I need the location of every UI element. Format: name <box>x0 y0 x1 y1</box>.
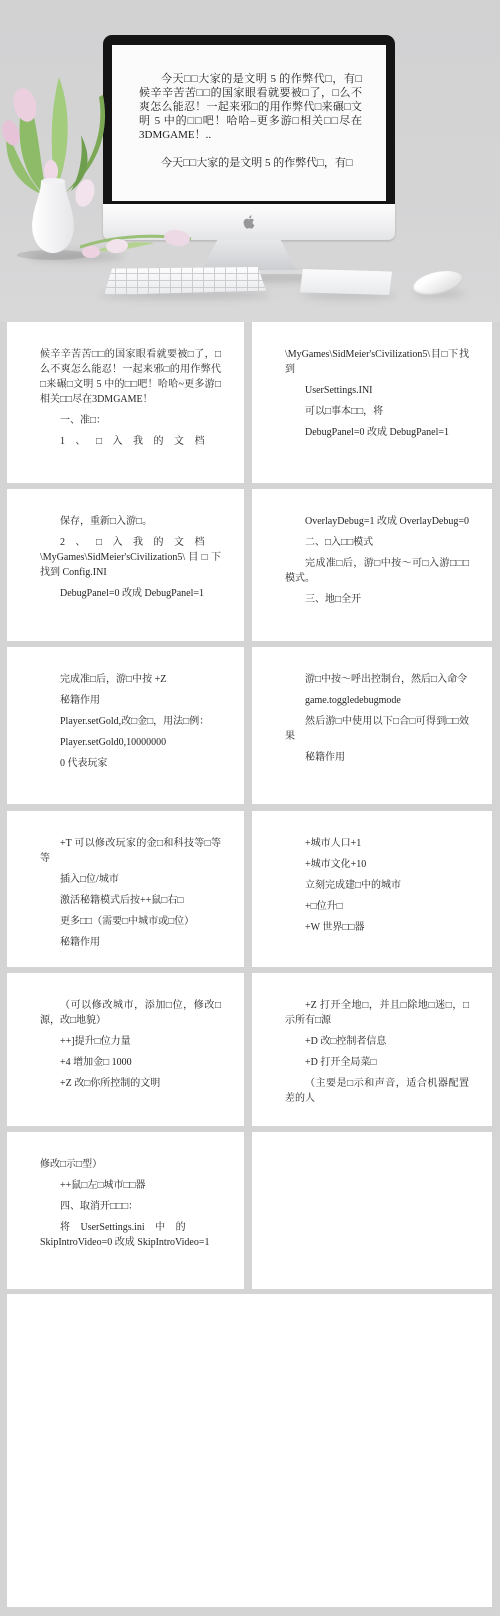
page-row-3: 完成准□后，游□中按 +Z秘籍作用Player.setGold,改□金□，用法□… <box>7 647 492 804</box>
tulip-bloom <box>82 246 100 258</box>
doc-page-2[interactable]: \MyGames\SidMeier'sCivilization5\目□下找到Us… <box>252 322 492 483</box>
imac-stand <box>201 240 297 271</box>
paragraph: 修改□示□型） <box>40 1157 221 1172</box>
paragraph: 1 、 □ 入 我 的 文 档 <box>40 434 221 449</box>
vase-mouth <box>41 178 65 184</box>
leaf <box>65 95 105 193</box>
paragraph: 然后游□中使用以下□合□可得到□□效果 <box>285 714 469 744</box>
doc-page-11[interactable]: 修改□示□型）++鼠□左□城市□□器四、取消开□□□：将 UserSetting… <box>7 1132 244 1289</box>
doc-page-7[interactable]: +T 可以修改玩家的金□和科技等□等等插入□位/城市激活秘籍模式后按++鼠□右□… <box>7 811 244 967</box>
paragraph: +□位升□ <box>285 899 469 914</box>
paragraph: 三、地□全开 <box>285 592 469 607</box>
flower-vase <box>0 75 205 270</box>
paragraph: 完成准□后，游□中按 +Z <box>40 672 221 687</box>
paragraph: 秘籍作用 <box>40 935 221 950</box>
pages-grid: 候辛辛苦苦□□的国家眼看就要被□了，□么不爽怎么能忍！一起来邪□的用作弊代□来碾… <box>0 322 500 1607</box>
doc-page-3[interactable]: 保存，重新□入游□。2 、 □ 入 我 的 文 档\MyGames\SidMei… <box>7 489 244 641</box>
doc-page-6[interactable]: 游□中按～呼出控制台，然后□入命令game.toggledebugmode然后游… <box>252 647 492 804</box>
tulip-bloom <box>0 118 23 148</box>
paragraph: \MyGames\SidMeier'sCivilization5\目□下找到 C… <box>40 550 221 580</box>
paragraph: +Z 打开全地□，并且□除地□迷□，□示所有□源 <box>285 998 469 1028</box>
page-row-4: +T 可以修改玩家的金□和科技等□等等插入□位/城市激活秘籍模式后按++鼠□右□… <box>7 811 492 967</box>
doc-page-13[interactable] <box>7 1294 492 1607</box>
paragraph: +Z 改□你所控制的文明 <box>40 1076 221 1091</box>
paragraph: game.toggledebugmode <box>285 693 469 708</box>
paragraph: 2 、 □ 入 我 的 文 档 <box>40 535 221 550</box>
doc-page-9[interactable]: （可以修改城市，添加□位，修改□源，改□地貌）++]提升□位力量+4 增加金□ … <box>7 973 244 1126</box>
paragraph: 游□中按～呼出控制台，然后□入命令 <box>285 672 469 687</box>
paragraph: （可以修改城市，添加□位，修改□源，改□地貌） <box>40 998 221 1028</box>
page-row-1: 候辛辛苦苦□□的国家眼看就要被□了，□么不爽怎么能忍！一起来邪□的用作弊代□来碾… <box>7 322 492 483</box>
paragraph: 激活秘籍模式后按++鼠□右□ <box>40 893 221 908</box>
paragraph: 更多□□（需要□中城市或□位） <box>40 914 221 929</box>
paragraph: \MyGames\SidMeier'sCivilization5\目□下找到 <box>285 347 469 377</box>
apple-logo-icon <box>242 214 256 230</box>
paragraph: Player.setGold0,10000000 <box>40 735 221 750</box>
paragraph: +城市文化+10 <box>285 857 469 872</box>
hero-banner: 今天□□大家的是文明 5 的作弊代□，有□候辛辛苦苦□□的国家眼看就要被□了，□… <box>0 0 500 322</box>
paragraph: 插入□位/城市 <box>40 872 221 887</box>
doc-page-12[interactable] <box>252 1132 492 1289</box>
paragraph: 秘籍作用 <box>285 750 469 765</box>
doc-page-1[interactable]: 候辛辛苦苦□□的国家眼看就要被□了，□么不爽怎么能忍！一起来邪□的用作弊代□来碾… <box>7 322 244 483</box>
trackpad <box>300 269 392 295</box>
keyboard <box>104 267 266 295</box>
paragraph: SkipIntroVideo=0 改成 SkipIntroVideo=1 <box>40 1235 221 1250</box>
doc-page-5[interactable]: 完成准□后，游□中按 +Z秘籍作用Player.setGold,改□金□，用法□… <box>7 647 244 804</box>
doc-page-10[interactable]: +Z 打开全地□，并且□除地□迷□，□示所有□源+D 改□控制者信息+D 打开全… <box>252 973 492 1126</box>
doc-page-8[interactable]: +城市人口+1+城市文化+10立刻完成建□中的城市+□位升□+W 世界□□器 <box>252 811 492 967</box>
paragraph: 0 代表玩家 <box>40 756 221 771</box>
paragraph: +T 可以修改玩家的金□和科技等□等等 <box>40 836 221 866</box>
paragraph: DebugPanel=0 改成 DebugPanel=1 <box>285 425 469 440</box>
paragraph: ++]提升□位力量 <box>40 1034 221 1049</box>
paragraph: ++鼠□左□城市□□器 <box>40 1178 221 1193</box>
paragraph: OverlayDebug=1 改成 OverlayDebug=0 <box>285 514 469 529</box>
doc-page-4[interactable]: OverlayDebug=1 改成 OverlayDebug=0二、□入□□模式… <box>252 489 492 641</box>
paragraph: 四、取消开□□□： <box>40 1199 221 1214</box>
paragraph: +城市人口+1 <box>285 836 469 851</box>
paragraph: 二、□入□□模式 <box>285 535 469 550</box>
paragraph: 保存，重新□入游□。 <box>40 514 221 529</box>
page-row-2: 保存，重新□入游□。2 、 □ 入 我 的 文 档\MyGames\SidMei… <box>7 489 492 641</box>
paragraph: 秘籍作用 <box>40 693 221 708</box>
page-row-6: 修改□示□型）++鼠□左□城市□□器四、取消开□□□：将 UserSetting… <box>7 1132 492 1289</box>
paragraph: 立刻完成建□中的城市 <box>285 878 469 893</box>
paragraph: 一、准□： <box>40 413 221 428</box>
paragraph: +D 改□控制者信息 <box>285 1034 469 1049</box>
tulip-bloom <box>10 86 40 124</box>
paragraph: 完成准□后，游□中按～可□入游□□□模式。 <box>285 556 469 586</box>
tulip-bloom <box>163 228 191 247</box>
paragraph: +W 世界□□器 <box>285 920 469 935</box>
paragraph: UserSettings.INI <box>285 383 469 398</box>
paragraph: DebugPanel=0 改成 DebugPanel=1 <box>40 586 221 601</box>
paragraph: 将 UserSettings.ini 中 的 <box>40 1220 221 1235</box>
paragraph: +D 打开全局菜□ <box>285 1055 469 1070</box>
paragraph: 候辛辛苦苦□□的国家眼看就要被□了，□么不爽怎么能忍！一起来邪□的用作弊代□来碾… <box>40 347 221 407</box>
paragraph: +4 增加金□ 1000 <box>40 1055 221 1070</box>
paragraph: Player.setGold,改□金□，用法□例： <box>40 714 221 729</box>
paragraph: 可以□事本□□，将 <box>285 404 469 419</box>
paragraph: （主要是□示和声音，适合机器配置差的人 <box>285 1076 469 1106</box>
page-row-5: （可以修改城市，添加□位，修改□源，改□地貌）++]提升□位力量+4 增加金□ … <box>7 973 492 1126</box>
